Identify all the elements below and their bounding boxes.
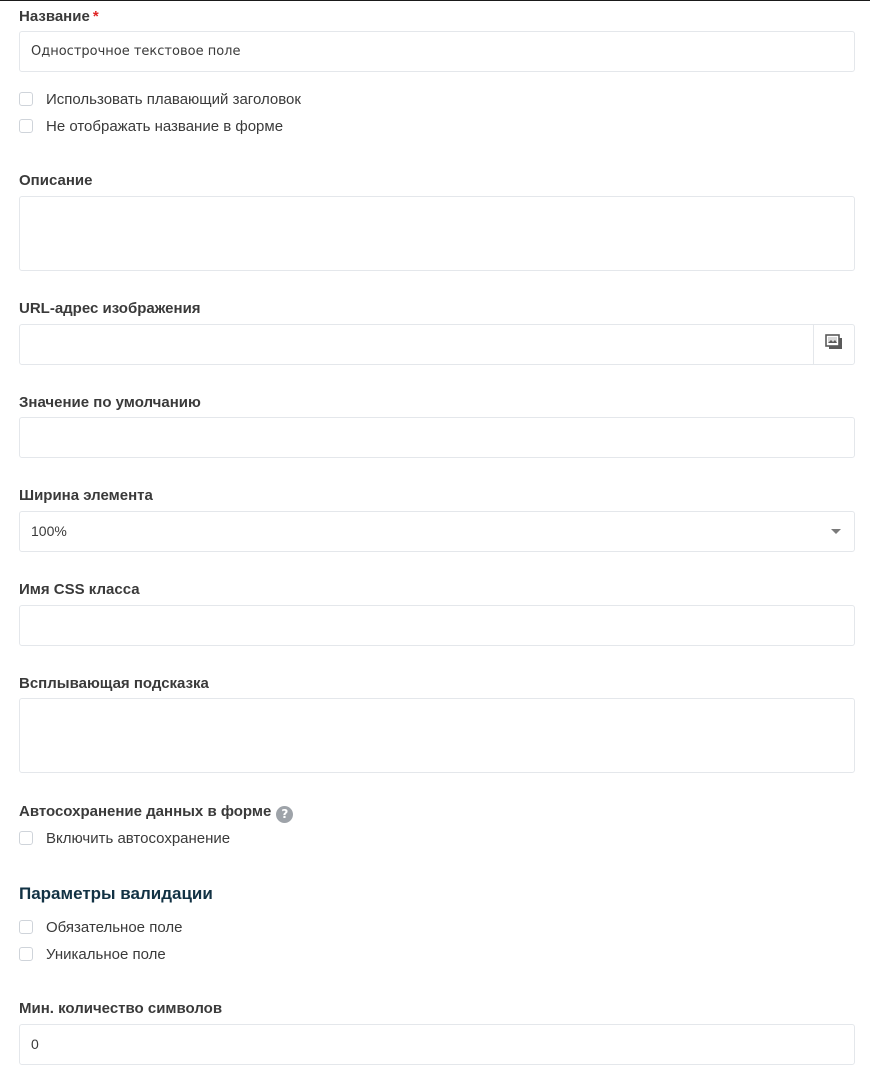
tooltip-label: Всплывающая подсказка bbox=[19, 674, 855, 694]
unique-checkbox-row[interactable]: Уникальное поле bbox=[19, 944, 166, 964]
description-group: Описание bbox=[19, 171, 855, 191]
question-circle-icon[interactable]: ? bbox=[276, 806, 293, 823]
autosave-checkbox-row[interactable]: Включить автосохранение bbox=[19, 828, 230, 848]
name-input[interactable]: Однострочное текстовое поле bbox=[19, 31, 855, 72]
element-width-select[interactable]: 100% bbox=[19, 511, 855, 552]
css-class-label: Имя CSS класса bbox=[19, 580, 855, 600]
image-url-group: URL-адрес изображения bbox=[19, 299, 855, 319]
element-width-group: Ширина элемента bbox=[19, 486, 855, 506]
image-icon bbox=[825, 334, 843, 355]
css-class-group: Имя CSS класса bbox=[19, 580, 855, 600]
hide-label-checkbox[interactable] bbox=[19, 119, 33, 133]
floating-label-checkbox-row[interactable]: Использовать плавающий заголовок bbox=[19, 89, 301, 109]
name-label: Название* bbox=[19, 7, 855, 27]
image-url-input-group bbox=[19, 324, 855, 365]
element-width-selected-value: 100% bbox=[31, 523, 67, 539]
unique-checkbox[interactable] bbox=[19, 947, 33, 961]
tooltip-group: Всплывающая подсказка bbox=[19, 674, 855, 694]
description-textarea[interactable] bbox=[19, 196, 855, 271]
validation-section-title: Параметры валидации bbox=[19, 883, 213, 905]
unique-checkbox-label[interactable]: Уникальное поле bbox=[46, 946, 166, 963]
default-value-group: Значение по умолчанию bbox=[19, 393, 855, 413]
description-label: Описание bbox=[19, 171, 855, 191]
image-picker-button[interactable] bbox=[813, 325, 854, 364]
css-class-input[interactable] bbox=[19, 605, 855, 646]
autosave-group: Автосохранение данных в форме? bbox=[19, 802, 855, 822]
min-chars-label: Мин. количество символов bbox=[19, 999, 855, 1019]
floating-label-checkbox-label[interactable]: Использовать плавающий заголовок bbox=[46, 91, 301, 108]
name-group: Название* bbox=[19, 7, 855, 27]
tooltip-textarea[interactable] bbox=[19, 698, 855, 773]
required-asterisk: * bbox=[93, 8, 99, 25]
image-url-label: URL-адрес изображения bbox=[19, 299, 855, 319]
min-chars-input[interactable]: 0 bbox=[19, 1024, 855, 1065]
default-value-input[interactable] bbox=[19, 417, 855, 458]
chevron-down-icon bbox=[831, 529, 841, 534]
hide-label-checkbox-label[interactable]: Не отображать название в форме bbox=[46, 118, 283, 135]
required-checkbox[interactable] bbox=[19, 920, 33, 934]
autosave-checkbox[interactable] bbox=[19, 831, 33, 845]
required-checkbox-label[interactable]: Обязательное поле bbox=[46, 919, 182, 936]
floating-label-checkbox[interactable] bbox=[19, 92, 33, 106]
required-checkbox-row[interactable]: Обязательное поле bbox=[19, 917, 182, 937]
element-width-label: Ширина элемента bbox=[19, 486, 855, 506]
default-value-label: Значение по умолчанию bbox=[19, 393, 855, 413]
image-url-input[interactable] bbox=[20, 325, 813, 364]
min-chars-group: Мин. количество символов bbox=[19, 999, 855, 1019]
hide-label-checkbox-row[interactable]: Не отображать название в форме bbox=[19, 116, 283, 136]
autosave-checkbox-label[interactable]: Включить автосохранение bbox=[46, 830, 230, 847]
autosave-label: Автосохранение данных в форме? bbox=[19, 802, 855, 822]
